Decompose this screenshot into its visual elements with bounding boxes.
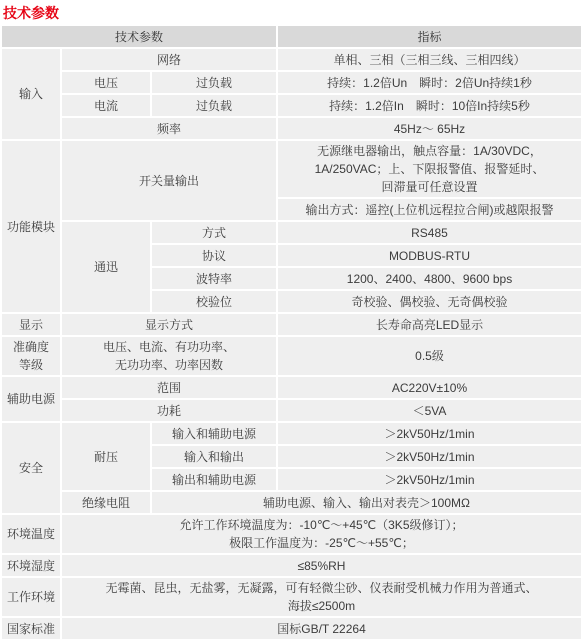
cell-withstand-2-value: ＞2kV50Hz/1min [278,446,581,467]
cell-frequency-label: 频率 [62,118,276,139]
cell-comm-baud-value: 1200、2400、4800、9600 bps [278,268,581,289]
cell-voltage-label: 电压 [62,72,150,93]
cell-work-env-label: 工作环境 [2,578,60,616]
cell-aux-consumption-label: 功耗 [62,400,276,421]
row-env-humidity: 环境湿度 ≤85%RH [2,555,581,576]
row-aux-consumption: 功耗 ＜5VA [2,400,581,421]
row-withstand-1: 安全 耐压 输入和辅助电源 ＞2kV50Hz/1min [2,423,581,444]
cell-env-humidity-value: ≤85%RH [62,555,581,576]
row-voltage-overload: 电压 过负载 持续：1.2倍Un 瞬时：2倍Un持续1秒 [2,72,581,93]
cell-switch-output-label: 开关量输出 [62,141,276,220]
cell-withstand-2-label: 输入和输出 [152,446,276,467]
header-indicator: 指标 [278,26,581,47]
cell-display-mode-value: 长寿命高亮LED显示 [278,314,581,335]
cell-comm-parity-value: 奇校验、偶校验、无奇偶校验 [278,291,581,312]
cell-national-standard-label: 国家标准 [2,618,60,639]
cell-work-env-value: 无霉菌、昆虫，无盐雾，无凝露，可有轻微尘砂、仪表耐受机械力作用为普通式、 海拔≤… [62,578,581,616]
cell-comm-parity-label: 校验位 [152,291,276,312]
row-current-overload: 电流 过负载 持续：1.2倍In 瞬时：10倍In持续5秒 [2,95,581,116]
cell-switch-output-value-2: 输出方式：遥控(上位机远程拉合闸)或越限报警 [278,199,581,220]
cell-current-overload-label: 过负载 [152,95,276,116]
table-header-row: 技术参数 指标 [2,26,581,47]
row-env-temp: 环境温度 允许工作环境温度为：-10℃～+45℃（3K5级修订）； 极限工作温度… [2,515,581,553]
cell-switch-output-value-1: 无源继电器输出，触点容量：1A/30VDC， 1A/250VAC；上、下限报警值… [278,141,581,197]
cell-current-overload-value: 持续：1.2倍In 瞬时：10倍In持续5秒 [278,95,581,116]
cell-voltage-overload-label: 过负载 [152,72,276,93]
cell-withstand-1-label: 输入和辅助电源 [152,423,276,444]
cell-withstand-3-value: ＞2kV50Hz/1min [278,469,581,490]
row-aux-range: 辅助电源 范围 AC220V±10% [2,377,581,398]
page-title: 技术参数 [3,4,583,22]
cell-comm-label: 通迅 [62,222,150,312]
row-national-standard: 国家标准 国标GB/T 22264 [2,618,581,639]
cell-withstand-1-value: ＞2kV50Hz/1min [278,423,581,444]
cell-accuracy-label: 准确度 等级 [2,337,60,375]
cell-frequency-value: 45Hz～ 65Hz [278,118,581,139]
cell-network-value: 单相、三相（三相三线、三相四线） [278,49,581,70]
cell-accuracy-items-label: 电压、电流、有功功率、 无功功率、功率因数 [62,337,276,375]
row-switch-output-1: 功能模块 开关量输出 无源继电器输出，触点容量：1A/30VDC， 1A/250… [2,141,581,197]
row-display: 显示 显示方式 长寿命高亮LED显示 [2,314,581,335]
cell-function-module-label: 功能模块 [2,141,60,312]
cell-env-temp-value: 允许工作环境温度为：-10℃～+45℃（3K5级修订）； 极限工作温度为：-25… [62,515,581,553]
cell-input-label: 输入 [2,49,60,139]
cell-env-humidity-label: 环境湿度 [2,555,60,576]
row-insulation: 绝缘电阻 辅助电源、输入、输出对表壳＞100MΩ [2,492,581,513]
cell-accuracy-value: 0.5级 [278,337,581,375]
cell-national-standard-value: 国标GB/T 22264 [62,618,581,639]
cell-withstand-3-label: 输出和辅助电源 [152,469,276,490]
row-work-env: 工作环境 无霉菌、昆虫，无盐雾，无凝露，可有轻微尘砂、仪表耐受机械力作用为普通式… [2,578,581,616]
row-accuracy: 准确度 等级 电压、电流、有功功率、 无功功率、功率因数 0.5级 [2,337,581,375]
cell-display-label: 显示 [2,314,60,335]
cell-insulation-value: 辅助电源、输入、输出对表壳＞100MΩ [152,492,581,513]
cell-aux-power-label: 辅助电源 [2,377,60,421]
cell-comm-protocol-value: MODBUS-RTU [278,245,581,266]
cell-network-label: 网络 [62,49,276,70]
cell-aux-range-label: 范围 [62,377,276,398]
cell-env-temp-label: 环境温度 [2,515,60,553]
cell-comm-protocol-label: 协议 [152,245,276,266]
row-network: 输入 网络 单相、三相（三相三线、三相四线） [2,49,581,70]
cell-insulation-label: 绝缘电阻 [62,492,150,513]
header-params: 技术参数 [2,26,276,47]
cell-comm-mode-label: 方式 [152,222,276,243]
cell-withstand-label: 耐压 [62,423,150,490]
cell-safety-label: 安全 [2,423,60,513]
cell-aux-consumption-value: ＜5VA [278,400,581,421]
spec-page: 技术参数 技术参数 指标 输入 网络 单相、三相（三相三线、三相四线） 电压 过… [0,4,583,641]
row-comm-mode: 通迅 方式 RS485 [2,222,581,243]
cell-voltage-overload-value: 持续：1.2倍Un 瞬时：2倍Un持续1秒 [278,72,581,93]
cell-current-label: 电流 [62,95,150,116]
technical-parameters-table: 技术参数 指标 输入 网络 单相、三相（三相三线、三相四线） 电压 过负载 持续… [0,24,583,641]
cell-aux-range-value: AC220V±10% [278,377,581,398]
cell-display-mode-label: 显示方式 [62,314,276,335]
cell-comm-mode-value: RS485 [278,222,581,243]
row-frequency: 频率 45Hz～ 65Hz [2,118,581,139]
cell-comm-baud-label: 波特率 [152,268,276,289]
